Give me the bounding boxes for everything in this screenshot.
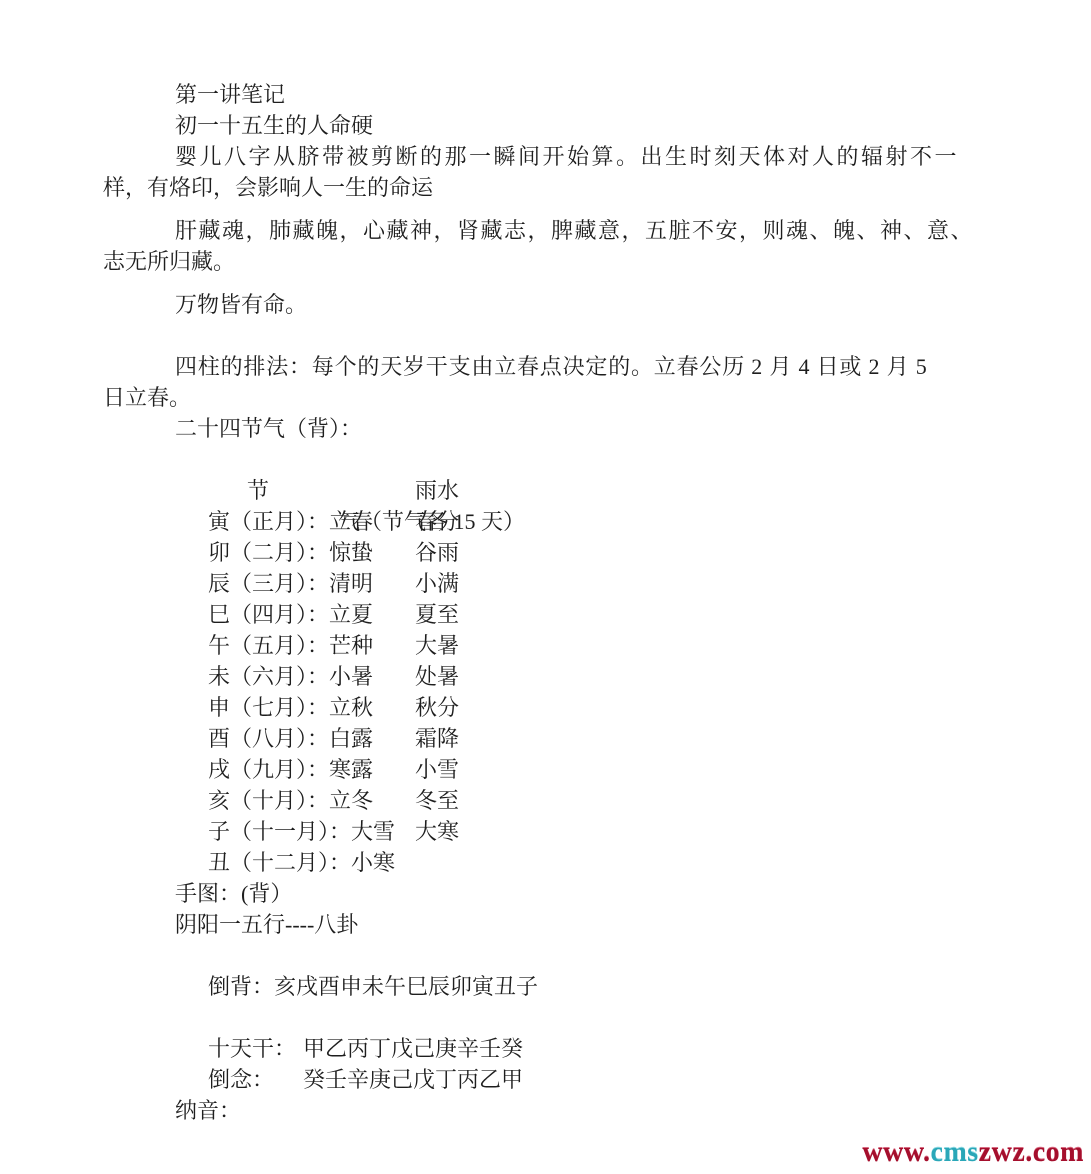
heavenly-stems-label: 十天干： [208, 1033, 303, 1064]
reverse-branches-label: 倒背： [208, 974, 274, 999]
solar-terms-header: 节 气（节气各 15 天） [103, 444, 993, 475]
solar-term-row: 戌（九月）：寒露 霜降 [103, 723, 993, 754]
term-qi: 谷雨 [415, 537, 459, 568]
para-birth-line2: 样，有烙印，会影响人一生的命运 [103, 172, 993, 203]
term-qi: 雨水 [415, 475, 459, 506]
solar-term-row: 卯（二月）：惊蛰 春分 [103, 506, 993, 537]
para-organs-line2: 志无所归藏。 [103, 246, 993, 277]
stems-reversed-label: 倒念： [208, 1064, 303, 1095]
term-qi: 大寒 [415, 816, 459, 847]
reverse-branches-value: 亥戌酉申未午巳辰卯寅丑子 [274, 974, 538, 999]
term-qi: 夏至 [415, 599, 459, 630]
para-fate: 万物皆有命。 [103, 289, 993, 320]
solar-term-row: 亥（十月）：立冬 小雪 [103, 754, 993, 785]
solar-term-row: 丑（十二月）：小寒 大寒 [103, 816, 993, 847]
yinyang-wuxing-line: 阴阳一五行----八卦 [103, 909, 993, 940]
solar-term-row: 辰（三月）：清明 谷雨 [103, 537, 993, 568]
document-page: 第一讲笔记 初一十五生的人命硬 婴儿八字从脐带被剪断的那一瞬间开始算。出生时刻天… [0, 0, 1091, 1174]
watermark-www: www. [862, 1137, 930, 1168]
para-pillars-line1: 四柱的排法：每个的天岁干支由立春点决定的。立春公历 2 月 4 日或 2 月 5 [103, 351, 993, 382]
term-qi: 处暑 [415, 661, 459, 692]
term-qi: 小满 [415, 568, 459, 599]
heavenly-stems-value: 甲乙丙丁戊己庚辛壬癸 [303, 1036, 523, 1061]
solar-term-row: 寅（正月）：立春 雨水 [103, 475, 993, 506]
nayin-line: 纳音： [103, 1095, 993, 1126]
term-jie: 小寒 [351, 850, 395, 875]
heavenly-stems-line: 十天干：甲乙丙丁戊己庚辛壬癸 [103, 1002, 993, 1033]
doc-subtitle: 初一十五生的人命硬 [103, 110, 993, 141]
site-watermark: www.cmszwz.com [862, 1137, 1084, 1169]
solar-term-row: 午（五月）：芒种 夏至 [103, 599, 993, 630]
term-qi: 春分 [415, 506, 459, 537]
blank-line [103, 320, 993, 351]
stems-reversed-value: 癸壬辛庚己戊丁丙乙甲 [303, 1067, 523, 1092]
term-qi: 冬至 [415, 785, 459, 816]
solar-term-row: 未（六月）：小暑 大暑 [103, 630, 993, 661]
term-qi: 秋分 [415, 692, 459, 723]
solar-terms-title: 二十四节气（背）： [103, 413, 993, 444]
term-qi: 霜降 [415, 723, 459, 754]
term-qi: 大暑 [415, 630, 459, 661]
solar-term-row: 申（七月）：立秋 处暑 [103, 661, 993, 692]
para-pillars-line2: 日立春。 [103, 382, 993, 413]
solar-term-row: 巳（四月）：立夏 小满 [103, 568, 993, 599]
term-month: 丑（十二月）： [208, 850, 351, 875]
watermark-zwz-com: zwz.com [979, 1137, 1084, 1168]
watermark-cms: cms [931, 1137, 979, 1168]
para-organs-line1: 肝藏魂，肺藏魄，心藏神，肾藏志，脾藏意，五脏不安，则魂、魄、神、意、 [103, 215, 993, 246]
solar-term-row: 子（十一月）：大雪 冬至 [103, 785, 993, 816]
hand-chart-line: 手图：(背） [103, 878, 993, 909]
term-qi: 小雪 [415, 754, 459, 785]
document-content: 第一讲笔记 初一十五生的人命硬 婴儿八字从脐带被剪断的那一瞬间开始算。出生时刻天… [103, 79, 993, 1126]
reverse-branches-line: 倒背：亥戌酉申未午巳辰卯寅丑子 [103, 940, 993, 971]
solar-term-row: 酉（八月）：白露 秋分 [103, 692, 993, 723]
para-birth-line1: 婴儿八字从脐带被剪断的那一瞬间开始算。出生时刻天体对人的辐射不一 [103, 141, 993, 172]
doc-title: 第一讲笔记 [103, 79, 993, 110]
